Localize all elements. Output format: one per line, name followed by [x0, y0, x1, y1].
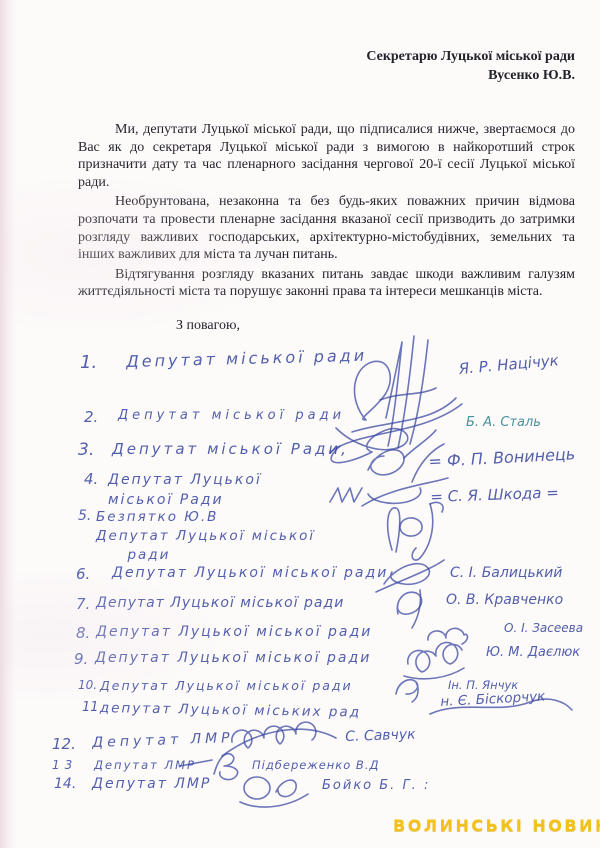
row-number: 9. — [74, 650, 88, 668]
row-number: 3. — [78, 440, 94, 460]
row-number: 2. — [84, 408, 98, 426]
row-label: депутат Луцької міських рад — [100, 700, 361, 721]
signature-name: Б. А. Сталь — [466, 415, 541, 430]
row-number: 6. — [76, 565, 90, 583]
row-number: 4. — [84, 470, 98, 488]
row-number: 14. — [54, 776, 76, 792]
signature-name: О. І. Засеева — [504, 621, 583, 635]
signature-name: С. І. Балицький — [450, 565, 562, 581]
paragraph-2: Необрунтована, незаконна та без будь-яки… — [78, 193, 575, 263]
row-number: 5. — [78, 508, 91, 524]
row-number: 10. — [78, 678, 97, 692]
row-label: Депутат Луцької міської ради — [95, 650, 371, 666]
paragraph-1: Ми, депутати Луцької міської ради, що пі… — [78, 121, 575, 191]
scanned-letter-page: Секретарю Луцької міської ради Вусенко Ю… — [0, 0, 600, 848]
recipient-block: Секретарю Луцької міської ради Вусенко Ю… — [366, 48, 575, 86]
signature-name: Бойко Б. Г. : — [322, 778, 430, 793]
paragraph-3: Відтягування розгляду вказаних питань за… — [78, 266, 575, 301]
row-number: 7. — [76, 595, 90, 613]
signature-name: = С. Я. Шкода = — [430, 484, 559, 506]
row-label: Депутат ЛМР — [92, 730, 234, 751]
recipient-line2: Вусенко Ю.В. — [366, 67, 575, 86]
row-number: 12. — [52, 735, 76, 753]
row-label: Депутат Луцької міської ради — [100, 678, 353, 693]
signature-name: С. Савчук — [345, 727, 416, 745]
closing-salutation: З повагою, — [176, 318, 240, 334]
row-label: Депутат Луцької міської ради — [96, 624, 372, 640]
row-number: 11 — [82, 700, 99, 715]
volynski-novyny-watermark: ВОЛИНСЬКІ НОВИНИ — [393, 816, 600, 835]
signature-name: Підбереженко В.Д — [252, 758, 379, 772]
letter-body: Ми, депутати Луцької міської ради, що пі… — [78, 121, 575, 303]
row-number: 8. — [76, 624, 90, 642]
signature-name: О. В. Кравченко — [446, 592, 563, 608]
row-label: Депутат Луцької міської ради — [112, 565, 388, 581]
row-label: Депутат ЛМР — [92, 776, 211, 792]
row-label: Депутат Луцької міської Ради — [108, 470, 262, 510]
row-label: Депутат міської ради — [126, 346, 367, 371]
row-label: Безпятко Ю.В Депутат Луцької міської рад… — [96, 508, 315, 565]
recipient-line1: Секретарю Луцької міської ради — [366, 48, 575, 67]
row-label: Депутат ЛМР — [94, 758, 196, 772]
signature-name: Ю. М. Даєлюк — [486, 645, 580, 660]
signature-name: Я. Р. Націчук — [458, 351, 559, 378]
row-number: 1. — [80, 352, 97, 373]
row-number: 13 — [52, 758, 77, 772]
row-label: Депутат Луцької міської ради — [96, 595, 344, 611]
row-label: Депутат міської Ради, — [112, 440, 349, 458]
signature-name: = Ф. П. Вонинець — [428, 444, 576, 471]
row-label: Депутат міської ради — [118, 408, 345, 423]
